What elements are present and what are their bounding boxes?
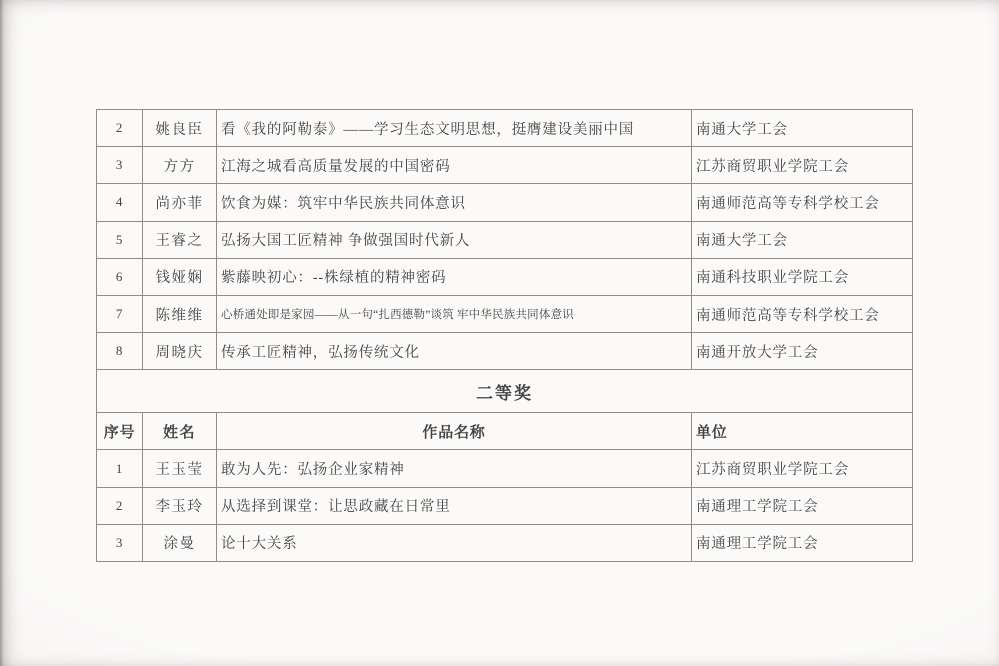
name-cell: 涂曼 xyxy=(143,524,217,561)
unit-cell: 南通师范高等专科学校工会 xyxy=(692,295,913,332)
serial-cell: 7 xyxy=(97,295,143,332)
award-table: 2 姚良臣 看《我的阿勒泰》——学习生态文明思想，挺膺建设美丽中国 南通大学工会… xyxy=(96,109,913,562)
name-cell: 尚亦菲 xyxy=(143,184,217,221)
unit-cell: 南通理工学院工会 xyxy=(692,524,913,561)
unit-cell: 南通理工学院工会 xyxy=(692,487,913,524)
name-cell: 王睿之 xyxy=(143,221,217,258)
work-title-cell: 饮食为媒：筑牢中华民族共同体意识 xyxy=(217,184,692,221)
scanned-document-page: 2 姚良臣 看《我的阿勒泰》——学习生态文明思想，挺膺建设美丽中国 南通大学工会… xyxy=(0,0,999,666)
table-row: 1 王玉莹 敢为人先：弘扬企业家精神 江苏商贸职业学院工会 xyxy=(97,450,913,487)
unit-cell: 南通大学工会 xyxy=(692,221,913,258)
table-row: 2 姚良臣 看《我的阿勒泰》——学习生态文明思想，挺膺建设美丽中国 南通大学工会 xyxy=(97,110,913,147)
unit-cell: 江苏商贸职业学院工会 xyxy=(692,147,913,184)
column-header-work: 作品名称 xyxy=(217,413,692,450)
work-title-cell: 紫藤映初心：--株绿植的精神密码 xyxy=(217,258,692,295)
column-header-unit: 单位 xyxy=(692,413,913,450)
work-title-cell: 弘扬大国工匠精神 争做强国时代新人 xyxy=(217,221,692,258)
name-cell: 王玉莹 xyxy=(143,450,217,487)
table-row-section: 二等奖 xyxy=(97,370,913,413)
section-title-second-prize: 二等奖 xyxy=(97,370,913,413)
table-row: 2 李玉玲 从选择到课堂：让思政藏在日常里 南通理工学院工会 xyxy=(97,487,913,524)
name-cell: 方方 xyxy=(143,147,217,184)
serial-cell: 3 xyxy=(97,147,143,184)
name-cell: 陈维维 xyxy=(143,295,217,332)
work-title-cell: 看《我的阿勒泰》——学习生态文明思想，挺膺建设美丽中国 xyxy=(217,110,692,147)
serial-cell: 1 xyxy=(97,450,143,487)
table-row: 7 陈维维 心桥通处即是家园——从一句“扎西德勒”谈筑 牢中华民族共同体意识 南… xyxy=(97,295,913,332)
work-title-cell: 传承工匠精神，弘扬传统文化 xyxy=(217,333,692,370)
table-header-row: 序号 姓名 作品名称 单位 xyxy=(97,413,913,450)
serial-cell: 2 xyxy=(97,487,143,524)
serial-cell: 4 xyxy=(97,184,143,221)
serial-cell: 3 xyxy=(97,524,143,561)
name-cell: 姚良臣 xyxy=(143,110,217,147)
name-cell: 钱娅娴 xyxy=(143,258,217,295)
name-cell: 周晓庆 xyxy=(143,333,217,370)
unit-cell: 南通开放大学工会 xyxy=(692,333,913,370)
unit-cell: 南通师范高等专科学校工会 xyxy=(692,184,913,221)
table-row: 6 钱娅娴 紫藤映初心：--株绿植的精神密码 南通科技职业学院工会 xyxy=(97,258,913,295)
serial-cell: 5 xyxy=(97,221,143,258)
table-row: 3 涂曼 论十大关系 南通理工学院工会 xyxy=(97,524,913,561)
table-row: 8 周晓庆 传承工匠精神，弘扬传统文化 南通开放大学工会 xyxy=(97,333,913,370)
unit-cell: 江苏商贸职业学院工会 xyxy=(692,450,913,487)
unit-cell: 南通科技职业学院工会 xyxy=(692,258,913,295)
work-title-cell: 从选择到课堂：让思政藏在日常里 xyxy=(217,487,692,524)
table-row: 4 尚亦菲 饮食为媒：筑牢中华民族共同体意识 南通师范高等专科学校工会 xyxy=(97,184,913,221)
name-cell: 李玉玲 xyxy=(143,487,217,524)
column-header-name: 姓名 xyxy=(143,413,217,450)
work-title-cell: 心桥通处即是家园——从一句“扎西德勒”谈筑 牢中华民族共同体意识 xyxy=(217,295,692,332)
serial-cell: 2 xyxy=(97,110,143,147)
serial-cell: 6 xyxy=(97,258,143,295)
column-header-serial: 序号 xyxy=(97,413,143,450)
work-title-cell: 敢为人先：弘扬企业家精神 xyxy=(217,450,692,487)
work-title-cell: 江海之城看高质量发展的中国密码 xyxy=(217,147,692,184)
work-title-cell: 论十大关系 xyxy=(217,524,692,561)
table-row: 3 方方 江海之城看高质量发展的中国密码 江苏商贸职业学院工会 xyxy=(97,147,913,184)
table-row: 5 王睿之 弘扬大国工匠精神 争做强国时代新人 南通大学工会 xyxy=(97,221,913,258)
serial-cell: 8 xyxy=(97,333,143,370)
unit-cell: 南通大学工会 xyxy=(692,110,913,147)
